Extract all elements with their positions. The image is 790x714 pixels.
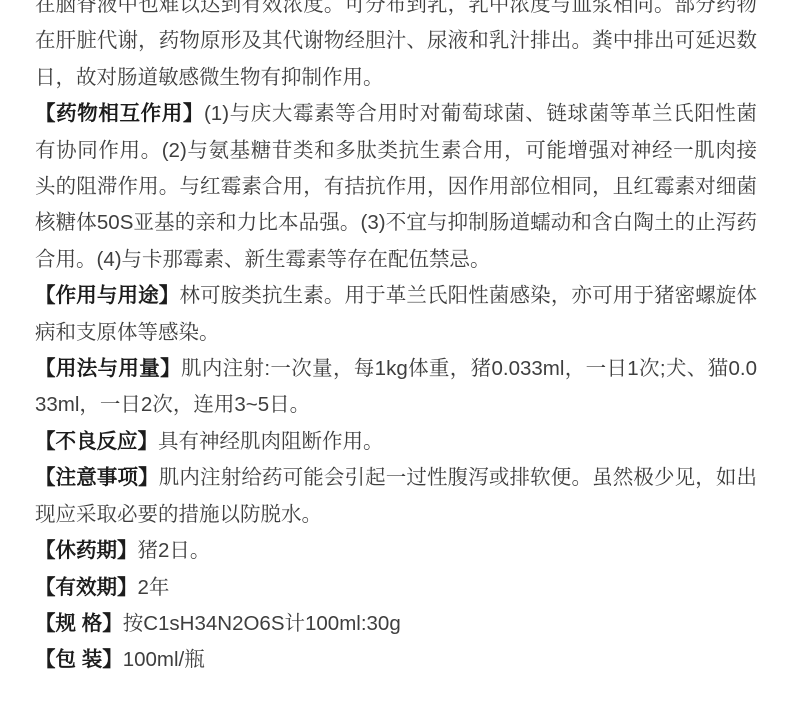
section-label: 【包 装】	[35, 648, 123, 671]
section-text: 100ml/瓶	[123, 648, 205, 671]
paragraph-drug-interactions: 【药物相互作用】(1)与庆大霉素等合用时对葡萄球菌、链球菌等革兰氏阳性菌有协同作…	[35, 96, 757, 278]
section-text: 具有神经肌肉阻断作用。	[158, 430, 384, 453]
section-label: 【有效期】	[35, 576, 138, 599]
section-label: 【休药期】	[35, 539, 138, 562]
section-label: 【作用与用途】	[35, 284, 179, 307]
paragraph-dosage-and-administration: 【用法与用量】肌内注射:一次量，每1kg体重，猪0.033ml，一日1次;犬、猫…	[35, 351, 757, 424]
section-label: 【用法与用量】	[35, 357, 181, 380]
section-label: 【规 格】	[35, 612, 123, 635]
paragraph-action-and-uses: 【作用与用途】林可胺类抗生素。用于革兰氏阳性菌感染，亦可用于猪密螺旋体病和支原体…	[35, 278, 757, 351]
paragraph-adverse-reactions: 【不良反应】具有神经肌肉阻断作用。	[35, 424, 757, 460]
paragraph-pharmacokinetics-partial: 在脑脊液中也难以达到有效浓度。可分布到乳，乳中浓度与血浆相同。部分药物在肝脏代谢…	[35, 0, 757, 96]
section-text: 在脑脊液中也难以达到有效浓度。可分布到乳，乳中浓度与血浆相同。部分药物在肝脏代谢…	[35, 0, 757, 89]
section-text: 按C1sH34N2O6S计100ml:30g	[123, 612, 401, 635]
section-text: (1)与庆大霉素等合用时对葡萄球菌、链球菌等革兰氏阳性菌有协同作用。(2)与氨基…	[35, 102, 757, 271]
section-text: 猪2日。	[138, 539, 211, 562]
paragraph-precautions: 【注意事项】肌内注射给药可能会引起一过性腹泻或排软便。虽然极少见，如出现应采取必…	[35, 460, 757, 533]
paragraph-withdrawal-period: 【休药期】猪2日。	[35, 533, 757, 569]
paragraph-packaging: 【包 装】100ml/瓶	[35, 642, 757, 678]
section-label: 【注意事项】	[35, 466, 159, 489]
section-label: 【不良反应】	[35, 430, 158, 453]
paragraph-specification: 【规 格】按C1sH34N2O6S计100ml:30g	[35, 606, 757, 642]
section-label: 【药物相互作用】	[35, 102, 204, 125]
section-text: 2年	[138, 576, 170, 599]
document-body: 在脑脊液中也难以达到有效浓度。可分布到乳，乳中浓度与血浆相同。部分药物在肝脏代谢…	[35, 0, 757, 679]
paragraph-shelf-life: 【有效期】2年	[35, 570, 757, 606]
